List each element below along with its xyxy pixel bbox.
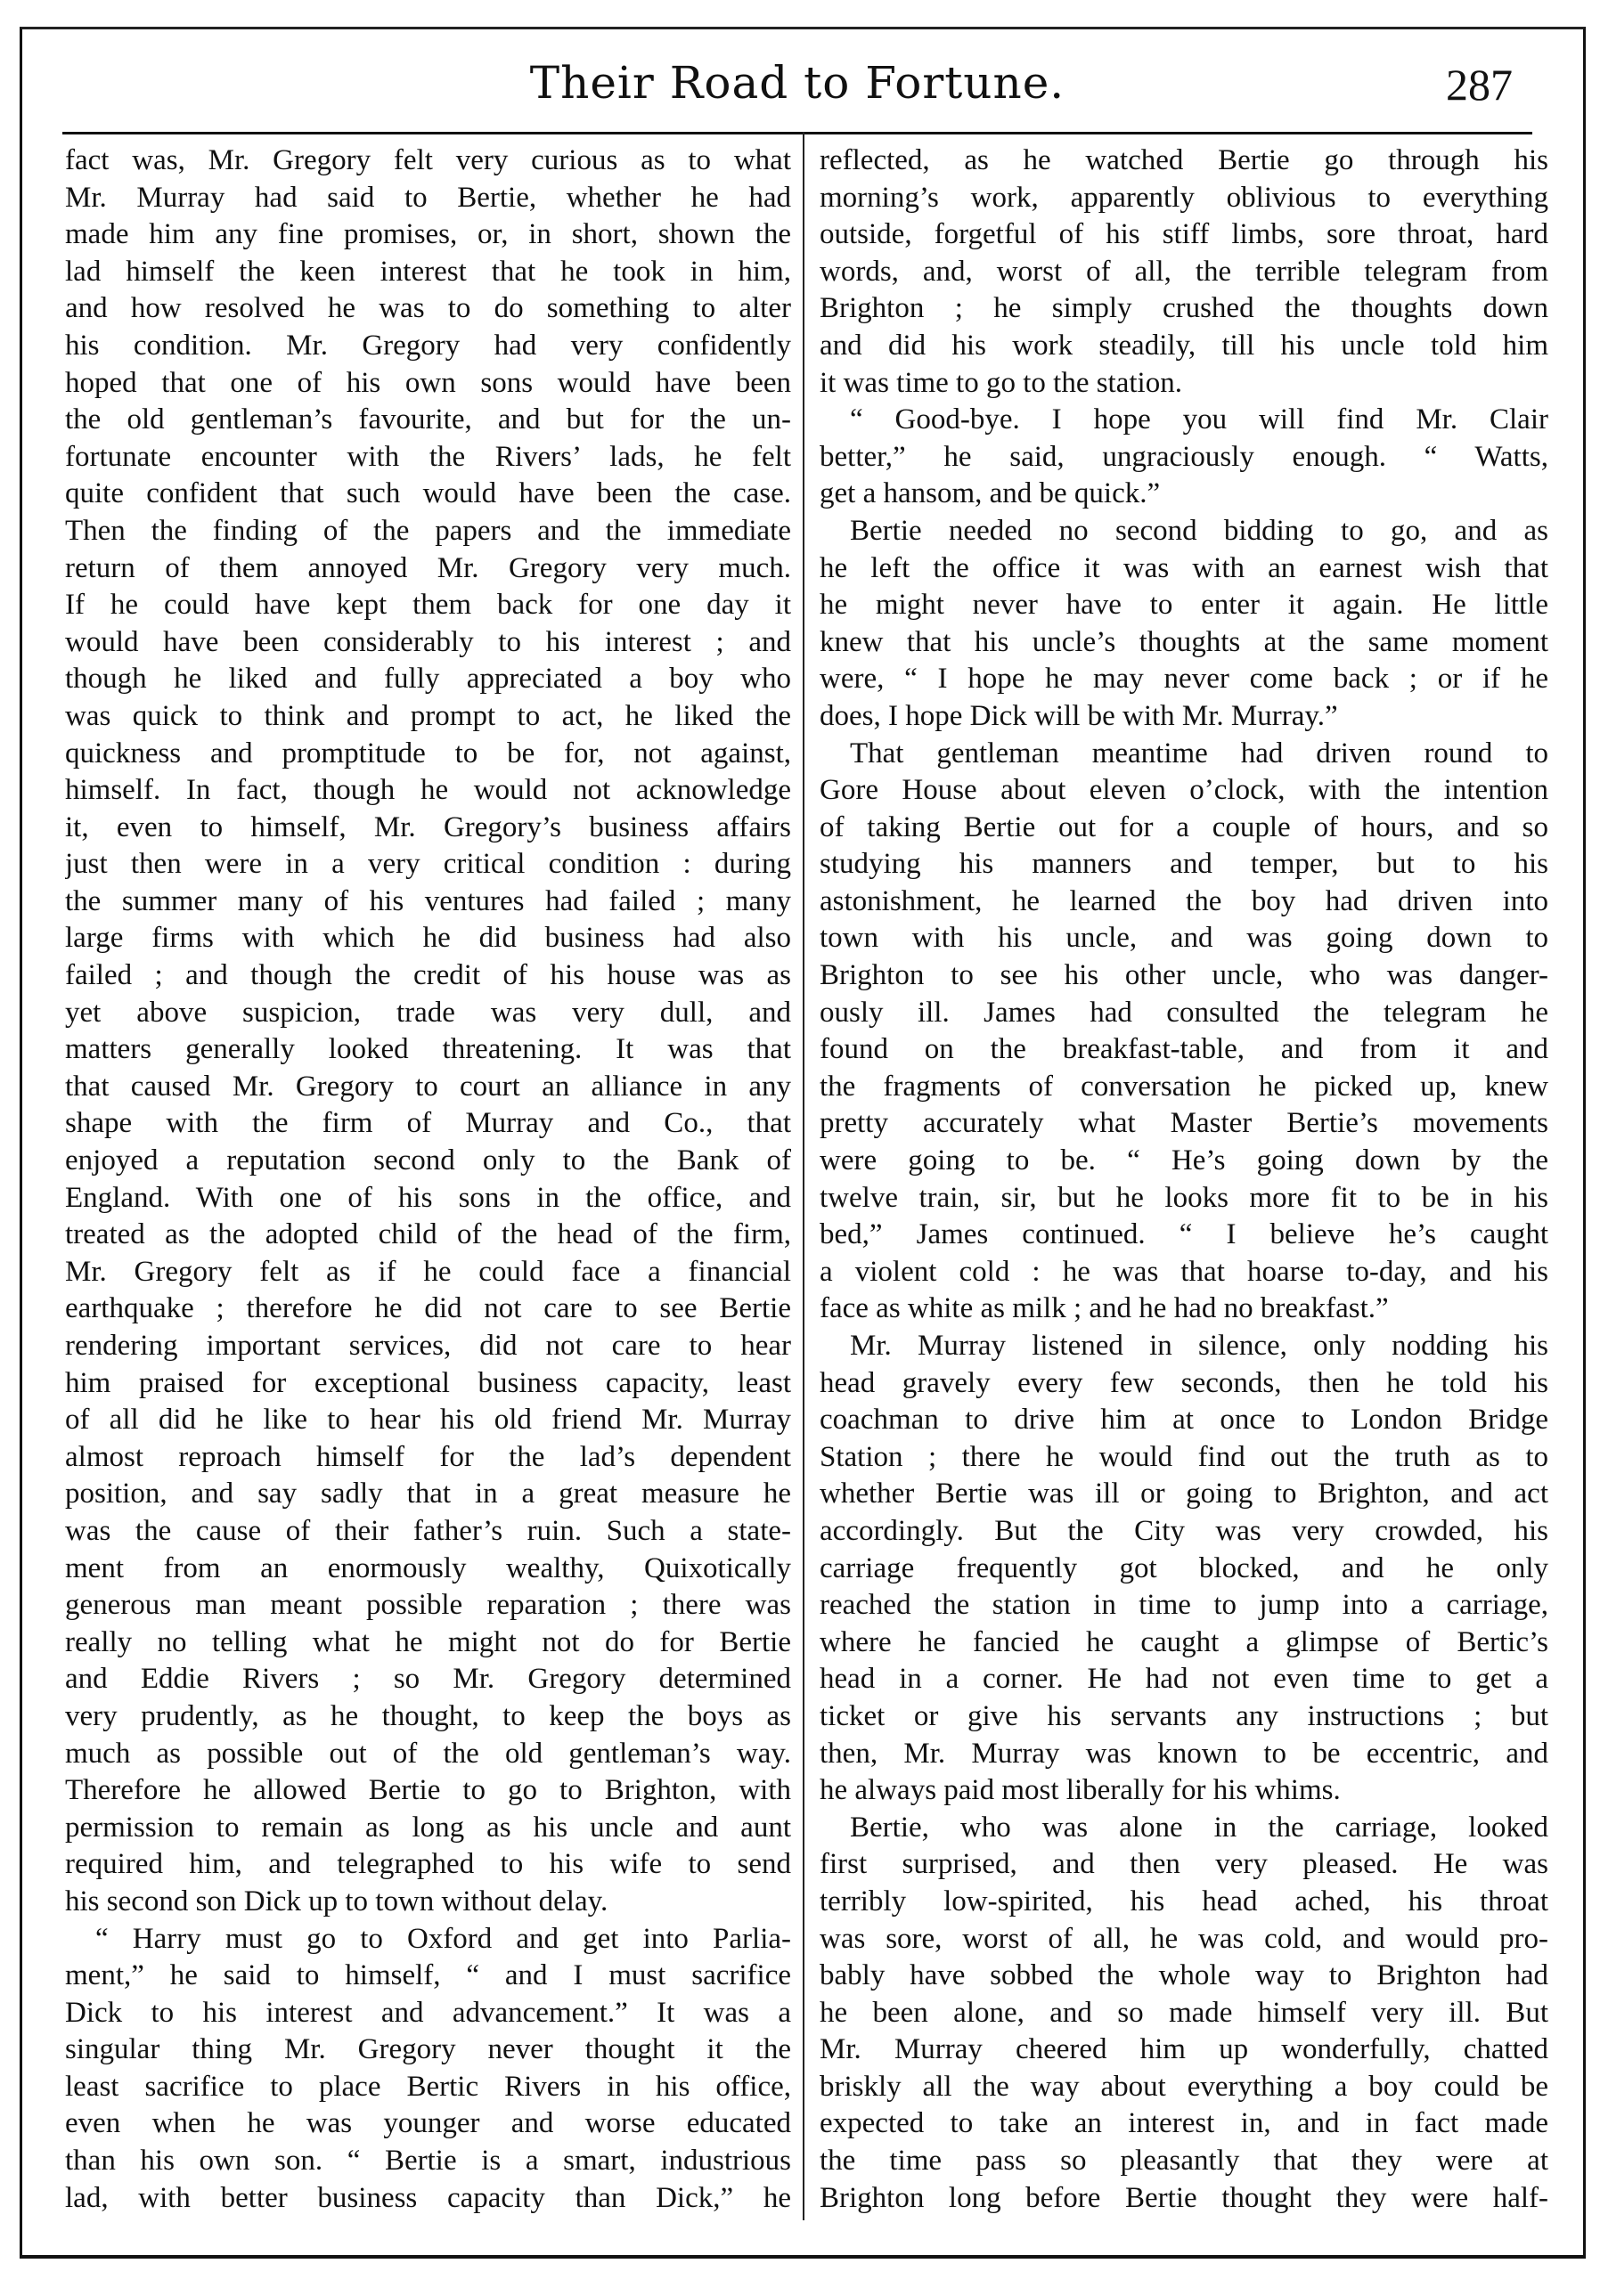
text-line: terribly low-spirited, his head ached, h… [820, 1884, 1548, 1921]
text-line: his condition. Mr. Gregory had very conf… [65, 328, 791, 365]
text-line: hoped that one of his own sons would hav… [65, 365, 791, 403]
text-line: ment from an enormously wealthy, Quixoti… [65, 1551, 791, 1588]
text-line: Therefore he allowed Bertie to go to Bri… [65, 1772, 791, 1810]
text-line: very prudently, as he thought, to keep t… [65, 1698, 791, 1736]
text-line: face as white as milk ; and he had no br… [820, 1290, 1548, 1328]
text-line: England. With one of his sons in the off… [65, 1180, 791, 1217]
text-line: least sacrifice to place Bertic Rivers i… [65, 2069, 791, 2106]
text-line: Gore House about eleven o’clock, with th… [820, 772, 1548, 810]
text-line: return of them annoyed Mr. Gregory very … [65, 550, 791, 588]
text-line: bably have sobbed the whole way to Brigh… [820, 1958, 1548, 1995]
text-line: Mr. Murray cheered him up wonderfully, c… [820, 2031, 1548, 2069]
text-line: Mr. Murray had said to Bertie, whether h… [65, 180, 791, 217]
text-line: words, and, worst of all, the terrible t… [820, 254, 1548, 291]
text-line: then, Mr. Murray was known to be eccentr… [820, 1736, 1548, 1773]
text-line: a violent cold : he was that hoarse to-d… [820, 1254, 1548, 1291]
text-line: large firms with which he did business h… [65, 920, 791, 957]
text-line: almost reproach himself for the lad’s de… [65, 1439, 791, 1477]
text-line: he always paid most liberally for his wh… [820, 1772, 1548, 1810]
text-line: of all did he like to hear his old frien… [65, 1402, 791, 1439]
text-line: pretty accurately what Master Bertie’s m… [820, 1105, 1548, 1143]
text-line: Then the finding of the papers and the i… [65, 513, 791, 550]
text-line: singular thing Mr. Gregory never thought… [65, 2031, 791, 2069]
text-line: the summer many of his ventures had fail… [65, 883, 791, 921]
text-line: carriage frequently got blocked, and he … [820, 1551, 1548, 1588]
text-line: Bertie, who was alone in the carriage, l… [820, 1810, 1548, 1847]
text-line: expected to take an interest in, and in … [820, 2105, 1548, 2143]
text-line: rendering important services, did not ca… [65, 1328, 791, 1365]
text-line: found on the breakfast-table, and from i… [820, 1031, 1548, 1069]
text-line: better,” he said, ungraciously enough. “… [820, 439, 1548, 476]
text-line: “ Good-bye. I hope you will find Mr. Cla… [820, 402, 1548, 439]
text-line: and how resolved he was to do something … [65, 290, 791, 328]
header-rule [62, 132, 1532, 134]
text-line: even when he was younger and worse educa… [65, 2105, 791, 2143]
text-line: reached the station in time to jump into… [820, 1587, 1548, 1624]
text-line: reflected, as he watched Bertie go throu… [820, 142, 1548, 180]
text-line: matters generally looked threatening. It… [65, 1031, 791, 1069]
text-line: really no telling what he might not do f… [65, 1624, 791, 1662]
text-line: generous man meant possible reparation ;… [65, 1587, 791, 1624]
text-line: treated as the adopted child of the head… [65, 1217, 791, 1254]
text-line: Mr. Gregory felt as if he could face a f… [65, 1254, 791, 1291]
text-line: quite confident that such would have bee… [65, 476, 791, 513]
text-line: he left the office it was with an earnes… [820, 550, 1548, 588]
text-line: was quick to think and prompt to act, he… [65, 698, 791, 736]
text-line: though he liked and fully appreciated a … [65, 661, 791, 698]
text-line: Brighton ; he simply crushed the thought… [820, 290, 1548, 328]
text-line: Bertie needed no second bidding to go, a… [820, 513, 1548, 550]
text-line: yet above suspicion, trade was very dull… [65, 995, 791, 1032]
text-line: ment,” he said to himself, “ and I must … [65, 1958, 791, 1995]
text-line: his second son Dick up to town without d… [65, 1884, 791, 1921]
right-column: reflected, as he watched Bertie go throu… [820, 142, 1548, 2217]
text-line: bed,” James continued. “ I believe he’s … [820, 1217, 1548, 1254]
text-line: quickness and promptitude to be for, not… [65, 736, 791, 773]
text-line: first surprised, and then very pleased. … [820, 1846, 1548, 1884]
text-line: Mr. Murray listened in silence, only nod… [820, 1328, 1548, 1365]
text-line: knew that his uncle’s thoughts at the sa… [820, 624, 1548, 662]
text-line: head in a corner. He had not even time t… [820, 1661, 1548, 1698]
left-column: fact was, Mr. Gregory felt very curious … [65, 142, 791, 2217]
text-line: ously ill. James had consulted the teleg… [820, 995, 1548, 1032]
text-line: failed ; and though the credit of his ho… [65, 957, 791, 995]
text-line: outside, forgetful of his stiff limbs, s… [820, 216, 1548, 254]
text-line: where he fancied he caught a glimpse of … [820, 1624, 1548, 1662]
text-line: he been alone, and so made himself very … [820, 1995, 1548, 2032]
text-line: morning’s work, apparently oblivious to … [820, 180, 1548, 217]
text-line: get a hansom, and be quick.” [820, 476, 1548, 513]
text-line: was sore, worst of all, he was cold, and… [820, 1921, 1548, 1958]
text-line: it, even to himself, Mr. Gregory’s busin… [65, 810, 791, 847]
text-line: were, “ I hope he may never come back ; … [820, 661, 1548, 698]
text-line: “ Harry must go to Oxford and get into P… [65, 1921, 791, 1958]
text-line: permission to remain as long as his uncl… [65, 1810, 791, 1847]
text-line: required him, and telegraphed to his wif… [65, 1846, 791, 1884]
text-line: fortunate encounter with the Rivers’ lad… [65, 439, 791, 476]
text-line: made him any fine promises, or, in short… [65, 216, 791, 254]
text-line: the old gentleman’s favourite, and but f… [65, 402, 791, 439]
text-line: position, and say sadly that in a great … [65, 1476, 791, 1513]
text-line: whether Bertie was ill or going to Brigh… [820, 1476, 1548, 1513]
text-line: Brighton to see his other uncle, who was… [820, 957, 1548, 995]
text-line: head gravely every few seconds, then he … [820, 1365, 1548, 1403]
text-line: studying his manners and temper, but to … [820, 846, 1548, 883]
text-line: of taking Bertie out for a couple of hou… [820, 810, 1548, 847]
text-line: him praised for exceptional business cap… [65, 1365, 791, 1403]
text-line: that caused Mr. Gregory to court an alli… [65, 1069, 791, 1106]
text-line: Station ; there he would find out the tr… [820, 1439, 1548, 1477]
text-line: was the cause of their father’s ruin. Su… [65, 1513, 791, 1551]
text-line: just then were in a very critical condit… [65, 846, 791, 883]
column-divider [803, 132, 804, 2220]
text-line: lad himself the keen interest that he to… [65, 254, 791, 291]
text-line: it was time to go to the station. [820, 365, 1548, 403]
text-line: Brighton long before Bertie thought they… [820, 2180, 1548, 2218]
text-line: Dick to his interest and advancement.” I… [65, 1995, 791, 2032]
text-line: ticket or give his servants any instruct… [820, 1698, 1548, 1736]
text-line: and did his work steadily, till his uncl… [820, 328, 1548, 365]
text-line: he might never have to enter it again. H… [820, 587, 1548, 624]
text-line: town with his uncle, and was going down … [820, 920, 1548, 957]
text-line: coachman to drive him at once to London … [820, 1402, 1548, 1439]
text-line: fact was, Mr. Gregory felt very curious … [65, 142, 791, 180]
page-number: 287 [1446, 59, 1513, 110]
text-line: the time pass so pleasantly that they we… [820, 2143, 1548, 2180]
text-line: and Eddie Rivers ; so Mr. Gregory determ… [65, 1661, 791, 1698]
text-line: That gentleman meantime had driven round… [820, 736, 1548, 773]
text-line: were going to be. “ He’s going down by t… [820, 1143, 1548, 1180]
text-line: enjoyed a reputation second only to the … [65, 1143, 791, 1180]
running-head: Their Road to Fortune. 287 [62, 52, 1532, 134]
text-line: than his own son. “ Bertie is a smart, i… [65, 2143, 791, 2180]
text-line: himself. In fact, though he would not ac… [65, 772, 791, 810]
text-line: shape with the firm of Murray and Co., t… [65, 1105, 791, 1143]
text-line: If he could have kept them back for one … [65, 587, 791, 624]
text-line: earthquake ; therefore he did not care t… [65, 1290, 791, 1328]
text-line: twelve train, sir, but he looks more fit… [820, 1180, 1548, 1217]
text-line: does, I hope Dick will be with Mr. Murra… [820, 698, 1548, 736]
text-line: accordingly. But the City was very crowd… [820, 1513, 1548, 1551]
running-title: Their Road to Fortune. [62, 57, 1532, 109]
text-line: the fragments of conversation he picked … [820, 1069, 1548, 1106]
text-line: much as possible out of the old gentlema… [65, 1736, 791, 1773]
text-line: briskly all the way about everything a b… [820, 2069, 1548, 2106]
text-line: lad, with better business capacity than … [65, 2180, 791, 2218]
text-line: would have been considerably to his inte… [65, 624, 791, 662]
text-line: astonishment, he learned the boy had dri… [820, 883, 1548, 921]
